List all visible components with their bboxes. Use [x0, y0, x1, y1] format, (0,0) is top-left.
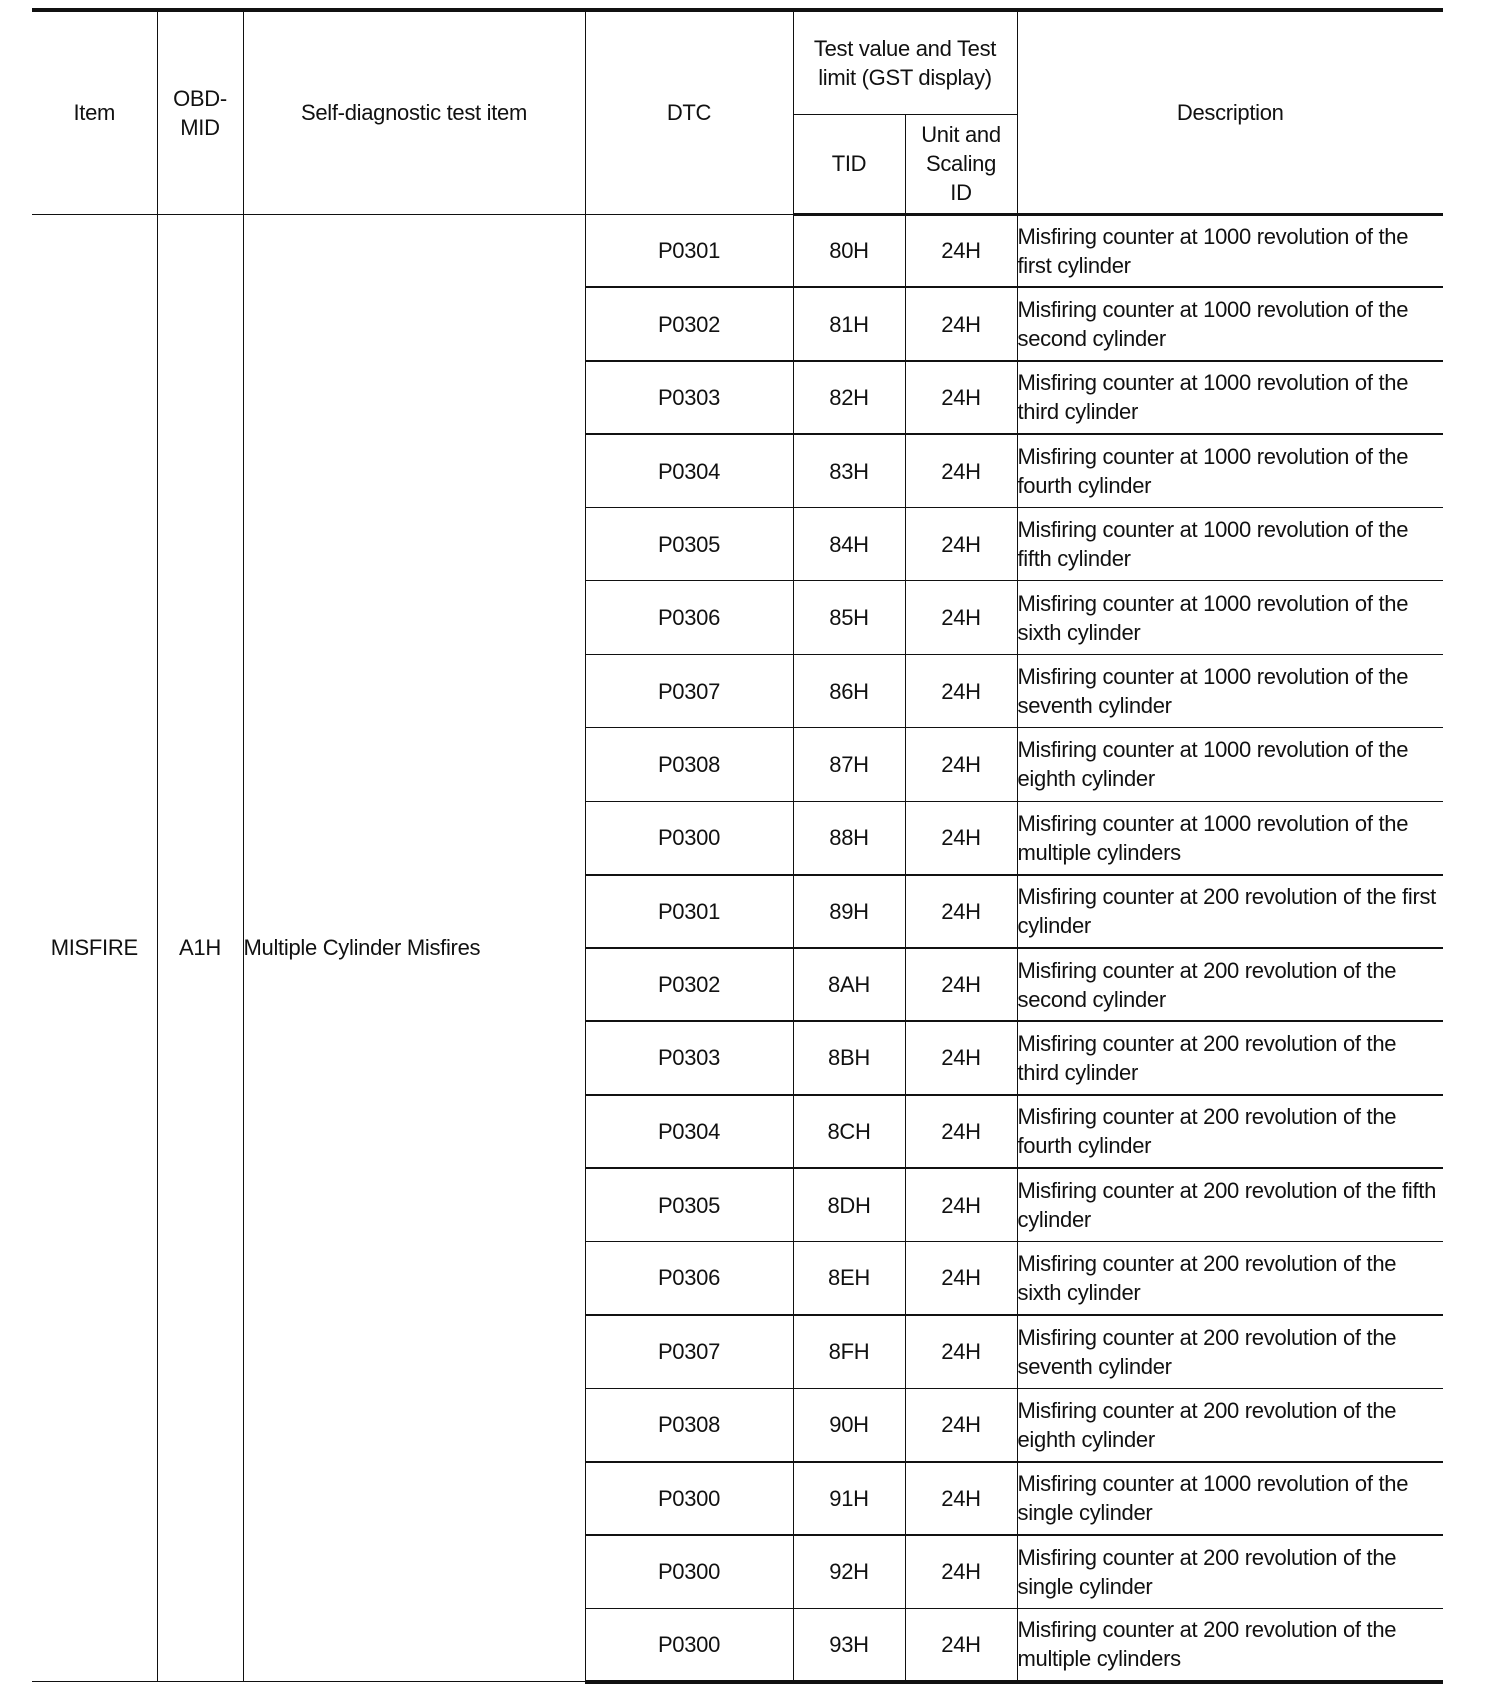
header-test-value-group: Test value and Test limit (GST display)	[793, 10, 1017, 114]
description-cell: Misfiring counter at 200 revolution of t…	[1017, 1021, 1443, 1094]
unit-scaling-cell: 24H	[905, 508, 1017, 581]
tid-cell: 8AH	[793, 948, 905, 1021]
header-dtc: DTC	[585, 10, 793, 214]
tid-cell: 80H	[793, 214, 905, 287]
description-cell: Misfiring counter at 1000 revolution of …	[1017, 1462, 1443, 1535]
dtc-cell: P0308	[585, 728, 793, 801]
tid-cell: 90H	[793, 1388, 905, 1461]
description-cell: Misfiring counter at 200 revolution of t…	[1017, 1241, 1443, 1314]
description-cell: Misfiring counter at 200 revolution of t…	[1017, 1608, 1443, 1681]
description-cell: Misfiring counter at 200 revolution of t…	[1017, 948, 1443, 1021]
obd-mid-dtc-table: Item OBD-MID Self-diagnostic test item D…	[32, 8, 1443, 1684]
unit-scaling-cell: 24H	[905, 1462, 1017, 1535]
dtc-cell: P0301	[585, 875, 793, 948]
unit-scaling-cell: 24H	[905, 1608, 1017, 1681]
description-cell: Misfiring counter at 1000 revolution of …	[1017, 361, 1443, 434]
unit-scaling-cell: 24H	[905, 1168, 1017, 1241]
unit-scaling-cell: 24H	[905, 728, 1017, 801]
dtc-cell: P0301	[585, 214, 793, 287]
dtc-cell: P0300	[585, 801, 793, 874]
unit-scaling-cell: 24H	[905, 1021, 1017, 1094]
tid-cell: 83H	[793, 434, 905, 507]
dtc-cell: P0302	[585, 948, 793, 1021]
description-cell: Misfiring counter at 200 revolution of t…	[1017, 875, 1443, 948]
tid-cell: 86H	[793, 654, 905, 727]
unit-scaling-cell: 24H	[905, 361, 1017, 434]
tid-cell: 8FH	[793, 1315, 905, 1388]
table-header: Item OBD-MID Self-diagnostic test item D…	[32, 10, 1443, 214]
header-unit-scaling-label: Unit and Scaling ID	[916, 120, 1006, 207]
description-cell: Misfiring counter at 1000 revolution of …	[1017, 434, 1443, 507]
description-cell: Misfiring counter at 1000 revolution of …	[1017, 287, 1443, 360]
dtc-cell: P0303	[585, 1021, 793, 1094]
unit-scaling-cell: 24H	[905, 948, 1017, 1021]
unit-scaling-cell: 24H	[905, 1388, 1017, 1461]
tid-cell: 92H	[793, 1535, 905, 1608]
dtc-cell: P0300	[585, 1535, 793, 1608]
dtc-cell: P0307	[585, 654, 793, 727]
header-unit-scaling-id: Unit and Scaling ID	[905, 114, 1017, 214]
self-diagnostic-test-item-cell: Multiple Cylinder Misfires	[243, 214, 585, 1682]
header-obd-mid-label: OBD-MID	[170, 84, 230, 142]
header-self-diagnostic-test-item: Self-diagnostic test item	[243, 10, 585, 214]
tid-cell: 87H	[793, 728, 905, 801]
dtc-cell: P0305	[585, 508, 793, 581]
description-cell: Misfiring counter at 200 revolution of t…	[1017, 1095, 1443, 1168]
unit-scaling-cell: 24H	[905, 875, 1017, 948]
dtc-cell: P0306	[585, 1241, 793, 1314]
unit-scaling-cell: 24H	[905, 1095, 1017, 1168]
table-body: MISFIREA1HMultiple Cylinder MisfiresP030…	[32, 214, 1443, 1682]
description-cell: Misfiring counter at 1000 revolution of …	[1017, 214, 1443, 287]
header-test-value-label: Test value and Test limit (GST display)	[805, 34, 1005, 92]
dtc-cell: P0304	[585, 1095, 793, 1168]
tid-cell: 8DH	[793, 1168, 905, 1241]
tid-cell: 89H	[793, 875, 905, 948]
unit-scaling-cell: 24H	[905, 801, 1017, 874]
tid-cell: 93H	[793, 1608, 905, 1681]
description-cell: Misfiring counter at 1000 revolution of …	[1017, 801, 1443, 874]
dtc-cell: P0306	[585, 581, 793, 654]
unit-scaling-cell: 24H	[905, 1535, 1017, 1608]
tid-cell: 85H	[793, 581, 905, 654]
unit-scaling-cell: 24H	[905, 1315, 1017, 1388]
description-cell: Misfiring counter at 200 revolution of t…	[1017, 1315, 1443, 1388]
description-cell: Misfiring counter at 200 revolution of t…	[1017, 1388, 1443, 1461]
tid-cell: 8EH	[793, 1241, 905, 1314]
item-cell: MISFIRE	[32, 214, 157, 1682]
unit-scaling-cell: 24H	[905, 1241, 1017, 1314]
unit-scaling-cell: 24H	[905, 581, 1017, 654]
tid-cell: 88H	[793, 801, 905, 874]
header-description: Description	[1017, 10, 1443, 214]
table-row: MISFIREA1HMultiple Cylinder MisfiresP030…	[32, 214, 1443, 287]
dtc-cell: P0300	[585, 1462, 793, 1535]
tid-cell: 8BH	[793, 1021, 905, 1094]
obd-mid-cell: A1H	[157, 214, 243, 1682]
dtc-cell: P0305	[585, 1168, 793, 1241]
dtc-cell: P0308	[585, 1388, 793, 1461]
header-item: Item	[32, 10, 157, 214]
tid-cell: 8CH	[793, 1095, 905, 1168]
description-cell: Misfiring counter at 200 revolution of t…	[1017, 1168, 1443, 1241]
description-cell: Misfiring counter at 1000 revolution of …	[1017, 581, 1443, 654]
tid-cell: 82H	[793, 361, 905, 434]
unit-scaling-cell: 24H	[905, 654, 1017, 727]
dtc-cell: P0302	[585, 287, 793, 360]
tid-cell: 84H	[793, 508, 905, 581]
header-obd-mid: OBD-MID	[157, 10, 243, 214]
dtc-cell: P0307	[585, 1315, 793, 1388]
dtc-cell: P0304	[585, 434, 793, 507]
tid-cell: 81H	[793, 287, 905, 360]
description-cell: Misfiring counter at 1000 revolution of …	[1017, 508, 1443, 581]
unit-scaling-cell: 24H	[905, 287, 1017, 360]
header-tid: TID	[793, 114, 905, 214]
description-cell: Misfiring counter at 200 revolution of t…	[1017, 1535, 1443, 1608]
description-cell: Misfiring counter at 1000 revolution of …	[1017, 654, 1443, 727]
description-cell: Misfiring counter at 1000 revolution of …	[1017, 728, 1443, 801]
tid-cell: 91H	[793, 1462, 905, 1535]
dtc-cell: P0303	[585, 361, 793, 434]
unit-scaling-cell: 24H	[905, 434, 1017, 507]
dtc-cell: P0300	[585, 1608, 793, 1681]
unit-scaling-cell: 24H	[905, 214, 1017, 287]
